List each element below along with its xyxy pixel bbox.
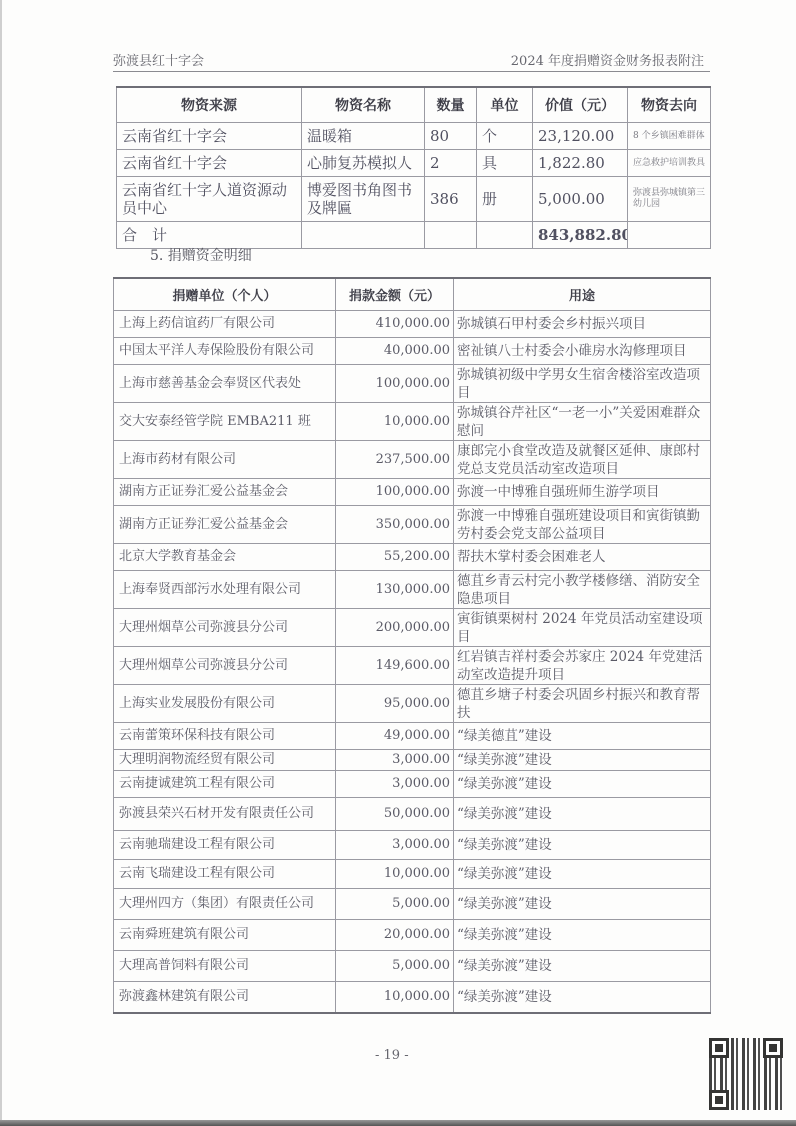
materials-row: 云南省红十字会 温暖箱 80 个 23,120.00 8 个乡镇困难群体	[117, 123, 711, 150]
page-number: - 19 -	[375, 1048, 409, 1063]
donation-row: 上海上药信谊药厂有限公司410,000.00弥城镇石甲村委会乡村振兴项目	[114, 311, 711, 338]
donation-row: 上海市慈善基金会奉贤区代表处100,000.00弥城镇初级中学男女生宿舍楼浴室改…	[114, 365, 711, 403]
source-cell: 云南省红十字人道资源动员中心	[117, 177, 302, 222]
purpose-cell: 红岩镇吉祥村委会苏家庄 2024 年党建活动室改造提升项目	[454, 647, 711, 685]
donor-cell: 云南舜班建筑有限公司	[114, 920, 336, 951]
header-rule	[113, 71, 710, 72]
col-header-destination: 物资去向	[628, 87, 711, 123]
col-header-value: 价值（元）	[533, 87, 628, 123]
unit-cell: 册	[477, 177, 533, 222]
donor-cell: 上海实业发展股份有限公司	[114, 685, 336, 723]
purpose-cell: “绿美弥渡”建设	[454, 771, 711, 798]
donation-row: 上海市药材有限公司237,500.00康郎完小食堂改造及就餐区延伸、康郎村党总支…	[114, 441, 711, 479]
unit-cell: 个	[477, 123, 533, 150]
amount-cell: 49,000.00	[336, 723, 454, 750]
source-cell: 云南省红十字会	[117, 150, 302, 177]
purpose-cell: 帮扶木掌村委会困难老人	[454, 544, 711, 571]
destination-cell: 弥渡县弥城镇第三幼儿园	[628, 177, 711, 222]
col-header-qty: 数量	[425, 87, 477, 123]
donation-row: 大理州四方（集团）有限责任公司5,000.00“绿美弥渡”建设	[114, 889, 711, 920]
purpose-cell: 弥城镇初级中学男女生宿舍楼浴室改造项目	[454, 365, 711, 403]
donor-cell: 湖南方正证券汇爱公益基金会	[114, 506, 336, 544]
purpose-cell: 弥渡一中博雅自强班建设项目和寅街镇勤劳村委会党支部公益项目	[454, 506, 711, 544]
donation-row: 交大安泰经管学院 EMBA211 班10,000.00弥城镇谷芹社区“一老一小”…	[114, 403, 711, 441]
purpose-cell: 德苴乡青云村完小教学楼修缮、消防安全隐患项目	[454, 571, 711, 609]
donor-cell: 北京大学教育基金会	[114, 544, 336, 571]
value-cell: 23,120.00	[533, 123, 628, 150]
scan-bottom-edge	[0, 1120, 796, 1126]
destination-cell: 应急救护培训教具	[628, 150, 711, 177]
amount-cell: 100,000.00	[336, 479, 454, 506]
donation-row: 湖南方正证券汇爱公益基金会350,000.00弥渡一中博雅自强班建设项目和寅街镇…	[114, 506, 711, 544]
qty-cell: 386	[425, 177, 477, 222]
amount-cell: 5,000.00	[336, 889, 454, 920]
donor-cell: 云南驰瑞建设工程有限公司	[114, 831, 336, 860]
amount-cell: 350,000.00	[336, 506, 454, 544]
donation-row: 云南舜班建筑有限公司20,000.00“绿美弥渡”建设	[114, 920, 711, 951]
purpose-cell: 弥渡一中博雅自强班师生游学项目	[454, 479, 711, 506]
amount-cell: 40,000.00	[336, 338, 454, 365]
purpose-cell: 德苴乡塘子村委会巩固乡村振兴和教育帮扶	[454, 685, 711, 723]
amount-cell: 95,000.00	[336, 685, 454, 723]
donor-cell: 交大安泰经管学院 EMBA211 班	[114, 403, 336, 441]
value-cell: 1,822.80	[533, 150, 628, 177]
donor-cell: 大理高普饲料有限公司	[114, 951, 336, 982]
empty-cell	[302, 222, 425, 249]
unit-cell: 具	[477, 150, 533, 177]
amount-cell: 10,000.00	[336, 982, 454, 1014]
donation-row: 北京大学教育基金会55,200.00帮扶木掌村委会困难老人	[114, 544, 711, 571]
donation-row: 大理州烟草公司弥渡县分公司200,000.00寅街镇栗树村 2024 年党员活动…	[114, 609, 711, 647]
scan-margin-marks	[728, 15, 738, 295]
donor-cell: 上海市慈善基金会奉贤区代表处	[114, 365, 336, 403]
purpose-cell: “绿美德苴”建设	[454, 723, 711, 750]
amount-cell: 130,000.00	[336, 571, 454, 609]
qr-finder-pattern	[709, 1090, 729, 1110]
amount-cell: 50,000.00	[336, 798, 454, 831]
amount-cell: 10,000.00	[336, 403, 454, 441]
donation-row: 大理州烟草公司弥渡县分公司149,600.00红岩镇吉祥村委会苏家庄 2024 …	[114, 647, 711, 685]
name-cell: 心肺复苏模拟人	[302, 150, 425, 177]
donor-cell: 弥渡鑫林建筑有限公司	[114, 982, 336, 1014]
donation-row: 云南捷诚建筑工程有限公司3,000.00“绿美弥渡”建设	[114, 771, 711, 798]
purpose-cell: “绿美弥渡”建设	[454, 860, 711, 889]
donor-cell: 弥渡县荣兴石材开发有限责任公司	[114, 798, 336, 831]
purpose-cell: “绿美弥渡”建设	[454, 889, 711, 920]
materials-table: 物资来源 物资名称 数量 单位 价值（元） 物资去向 云南省红十字会 温暖箱 8…	[116, 86, 711, 249]
col-header-amount: 捐款金额（元）	[336, 278, 454, 311]
amount-cell: 5,000.00	[336, 951, 454, 982]
donor-cell: 上海奉贤西部污水处理有限公司	[114, 571, 336, 609]
donations-header-row: 捐赠单位（个人） 捐款金额（元） 用途	[114, 278, 711, 311]
donor-cell: 中国太平洋人寿保险股份有限公司	[114, 338, 336, 365]
scan-left-edge	[0, 0, 2, 1126]
donor-cell: 大理明润物流经贸有限公司	[114, 750, 336, 771]
name-cell: 博爱图书角图书及牌匾	[302, 177, 425, 222]
donor-cell: 云南蕾策环保科技有限公司	[114, 723, 336, 750]
amount-cell: 55,200.00	[336, 544, 454, 571]
donation-row: 云南驰瑞建设工程有限公司3,000.00“绿美弥渡”建设	[114, 831, 711, 860]
purpose-cell: “绿美弥渡”建设	[454, 920, 711, 951]
qr-code-icon	[709, 1038, 783, 1110]
donation-row: 大理高普饲料有限公司5,000.00“绿美弥渡”建设	[114, 951, 711, 982]
amount-cell: 149,600.00	[336, 647, 454, 685]
donor-cell: 上海上药信谊药厂有限公司	[114, 311, 336, 338]
donation-row: 上海奉贤西部污水处理有限公司130,000.00德苴乡青云村完小教学楼修缮、消防…	[114, 571, 711, 609]
col-header-name: 物资名称	[302, 87, 425, 123]
donation-row: 弥渡县荣兴石材开发有限责任公司50,000.00“绿美弥渡”建设	[114, 798, 711, 831]
name-cell: 温暖箱	[302, 123, 425, 150]
purpose-cell: “绿美弥渡”建设	[454, 982, 711, 1014]
donor-cell: 大理州烟草公司弥渡县分公司	[114, 647, 336, 685]
donation-row: 弥渡鑫林建筑有限公司10,000.00“绿美弥渡”建设	[114, 982, 711, 1014]
total-value: 843,882.80	[533, 222, 628, 249]
donor-cell: 上海市药材有限公司	[114, 441, 336, 479]
materials-header-row: 物资来源 物资名称 数量 单位 价值（元） 物资去向	[117, 87, 711, 123]
donation-row: 云南飞瑞建设工程有限公司10,000.00“绿美弥渡”建设	[114, 860, 711, 889]
header-report-title: 2024 年度捐赠资金财务报表附注	[511, 50, 704, 69]
donor-cell: 大理州烟草公司弥渡县分公司	[114, 609, 336, 647]
amount-cell: 100,000.00	[336, 365, 454, 403]
purpose-cell: 密祉镇八士村委会小碓房水沟修理项目	[454, 338, 711, 365]
purpose-cell: “绿美弥渡”建设	[454, 750, 711, 771]
amount-cell: 3,000.00	[336, 771, 454, 798]
materials-row: 云南省红十字会 心肺复苏模拟人 2 具 1,822.80 应急救护培训教具	[117, 150, 711, 177]
donor-cell: 湖南方正证券汇爱公益基金会	[114, 479, 336, 506]
amount-cell: 10,000.00	[336, 860, 454, 889]
purpose-cell: “绿美弥渡”建设	[454, 831, 711, 860]
donor-cell: 云南飞瑞建设工程有限公司	[114, 860, 336, 889]
amount-cell: 237,500.00	[336, 441, 454, 479]
donation-row: 中国太平洋人寿保险股份有限公司40,000.00密祉镇八士村委会小碓房水沟修理项…	[114, 338, 711, 365]
donation-row: 大理明润物流经贸有限公司3,000.00“绿美弥渡”建设	[114, 750, 711, 771]
section-title: 5. 捐赠资金明细	[150, 245, 252, 265]
empty-cell	[628, 222, 711, 249]
purpose-cell: 寅街镇栗树村 2024 年党员活动室建设项目	[454, 609, 711, 647]
purpose-cell: 康郎完小食堂改造及就餐区延伸、康郎村党总支党员活动室改造项目	[454, 441, 711, 479]
header-org-name: 弥渡县红十字会	[113, 50, 204, 69]
amount-cell: 3,000.00	[336, 831, 454, 860]
col-header-unit: 单位	[477, 87, 533, 123]
value-cell: 5,000.00	[533, 177, 628, 222]
donations-table: 捐赠单位（个人） 捐款金额（元） 用途 上海上药信谊药厂有限公司410,000.…	[113, 277, 711, 1014]
amount-cell: 200,000.00	[336, 609, 454, 647]
col-header-donor: 捐赠单位（个人）	[114, 278, 336, 311]
materials-row: 云南省红十字人道资源动员中心 博爱图书角图书及牌匾 386 册 5,000.00…	[117, 177, 711, 222]
purpose-cell: “绿美弥渡”建设	[454, 951, 711, 982]
qty-cell: 2	[425, 150, 477, 177]
destination-cell: 8 个乡镇困难群体	[628, 123, 711, 150]
empty-cell	[477, 222, 533, 249]
qty-cell: 80	[425, 123, 477, 150]
col-header-purpose: 用途	[454, 278, 711, 311]
purpose-cell: 弥城镇石甲村委会乡村振兴项目	[454, 311, 711, 338]
amount-cell: 410,000.00	[336, 311, 454, 338]
donation-row: 湖南方正证券汇爱公益基金会100,000.00弥渡一中博雅自强班师生游学项目	[114, 479, 711, 506]
col-header-source: 物资来源	[117, 87, 302, 123]
purpose-cell: “绿美弥渡”建设	[454, 798, 711, 831]
donor-cell: 云南捷诚建筑工程有限公司	[114, 771, 336, 798]
donation-row: 云南蕾策环保科技有限公司49,000.00“绿美德苴”建设	[114, 723, 711, 750]
source-cell: 云南省红十字会	[117, 123, 302, 150]
amount-cell: 20,000.00	[336, 920, 454, 951]
donation-row: 上海实业发展股份有限公司95,000.00德苴乡塘子村委会巩固乡村振兴和教育帮扶	[114, 685, 711, 723]
purpose-cell: 弥城镇谷芹社区“一老一小”关爱困难群众慰问	[454, 403, 711, 441]
donor-cell: 大理州四方（集团）有限责任公司	[114, 889, 336, 920]
amount-cell: 3,000.00	[336, 750, 454, 771]
empty-cell	[425, 222, 477, 249]
